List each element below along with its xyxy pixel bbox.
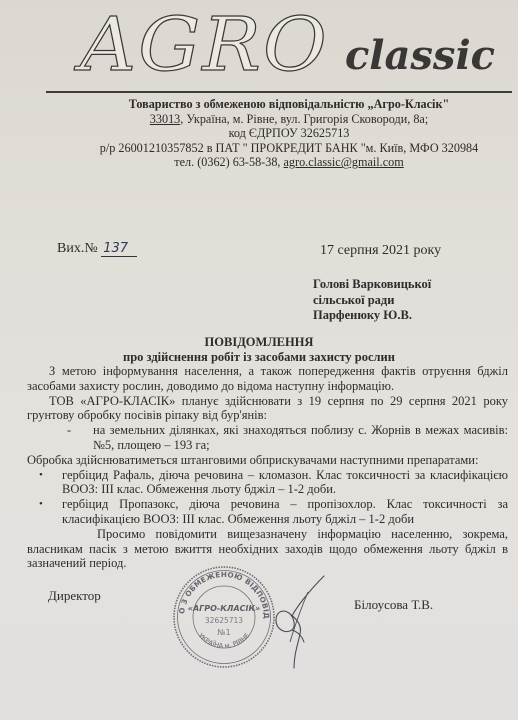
recipient-line: Парфенюку Ю.В. (313, 308, 431, 324)
document-title: ПОВІДОМЛЕННЯ про здійснення робіт із зас… (0, 335, 518, 365)
logo-main-text: AGRO (80, 8, 329, 82)
company-stamp-icon: ТОВАРИСТВО З ОБМЕЖЕНОЮ ВІДПОВІДАЛЬНІСТЮ … (172, 565, 276, 669)
preparation-item: •гербіцид Пропазокс, діюча речовина – пр… (27, 497, 508, 527)
address-rest: Україна, м. Рівне, вул. Григорія Сковоро… (183, 112, 428, 126)
preparation-text: гербіцид Рафаль, діюча речовина – кломаз… (62, 468, 508, 497)
recipient-block: Голові Варковицької сільської ради Парфе… (313, 277, 431, 324)
preparation-item: •гербіцид Рафаль, діюча речовина – клома… (27, 468, 508, 498)
title-subheading: про здійснення робіт із засобами захисту… (0, 350, 518, 365)
body-paragraph: ТОВ «АГРО-КЛАСІК» планує здійснювати з 1… (27, 394, 508, 424)
bullet-icon: • (39, 497, 43, 512)
phone: тел. (0362) 63-58-38, (174, 155, 283, 169)
outgoing-label: Вих.№ (57, 241, 101, 256)
company-name: Товариство з обмеженою відповідальністю … (60, 97, 518, 112)
edrpou-code: код ЄДРПОУ 32625713 (60, 126, 518, 141)
letter-date: 17 серпня 2021 року (320, 243, 441, 259)
location-item: -на земельних ділянках, які знаходяться … (27, 423, 508, 453)
letterhead-divider (46, 91, 512, 93)
email-link[interactable]: agro.classic@gmail.com (284, 155, 404, 169)
bullet-icon: • (39, 468, 43, 483)
stamp-code: 32625713 (205, 616, 243, 625)
postal-code: 33013, (150, 112, 184, 126)
logo-sub-text: classic (345, 36, 495, 76)
recipient-line: сільської ради (313, 293, 431, 309)
preparation-text: гербіцид Пропазокс, діюча речовина – про… (62, 497, 508, 526)
letter-page: AGRO classic Товариство з обмеженою відп… (0, 0, 518, 720)
location-text: на земельних ділянках, які знаходяться п… (93, 423, 508, 452)
signatory-name: Білоусова Т.В. (354, 597, 433, 613)
body-paragraph: Обробка здійснюватиметься штанговими обп… (27, 453, 508, 468)
bank-details: р/р 26001210357852 в ПАТ " ПРОКРЕДИТ БАН… (60, 141, 518, 156)
stamp-number: №1 (217, 628, 230, 637)
dash-marker: - (67, 423, 71, 438)
signatory-position: Директор (48, 588, 101, 604)
letter-body: З метою інформування населення, а також … (27, 364, 508, 571)
title-heading: ПОВІДОМЛЕННЯ (0, 335, 518, 350)
stamp-center-name: «АГРО-КЛАСІК» (188, 604, 260, 613)
recipient-line: Голові Варковицької (313, 277, 431, 293)
outgoing-number: Вих.№ 137 (57, 241, 137, 257)
letterhead-details: Товариство з обмеженою відповідальністю … (60, 97, 518, 170)
outgoing-number-value: 137 (101, 241, 137, 257)
company-address: 33013, Україна, м. Рівне, вул. Григорія … (60, 112, 518, 127)
signature-icon (268, 572, 328, 672)
body-paragraph: З метою інформування населення, а також … (27, 364, 508, 394)
contacts: тел. (0362) 63-58-38, agro.classic@gmail… (60, 155, 518, 170)
company-logo: AGRO classic (80, 2, 495, 82)
